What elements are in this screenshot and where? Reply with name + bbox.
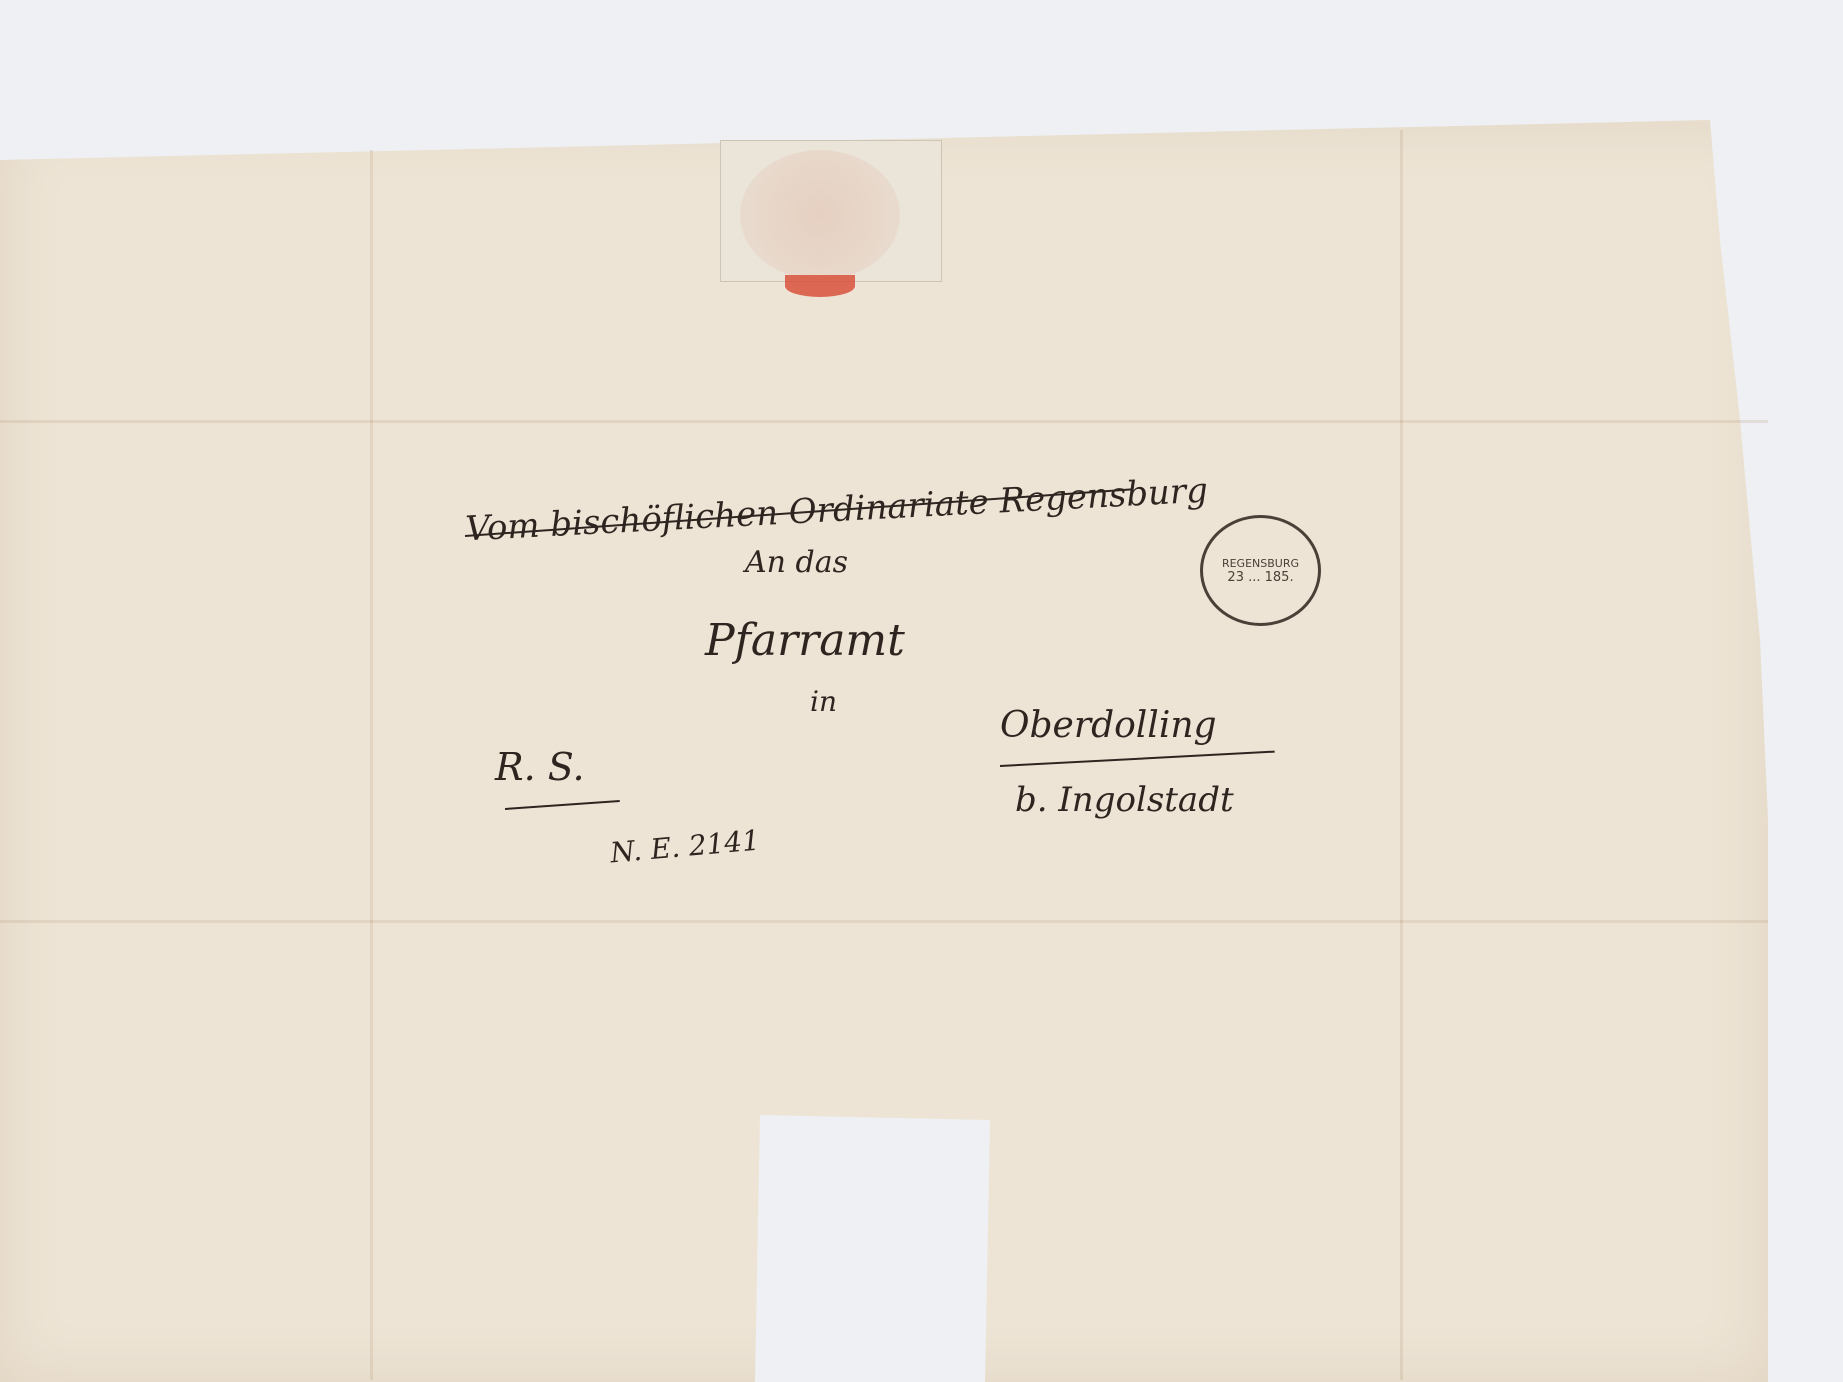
via-line: b. Ingolstadt	[1015, 780, 1234, 820]
vertical-fold	[1400, 130, 1403, 1380]
red-wax-seal	[785, 275, 855, 297]
postmark-date: 23 ... 185.	[1227, 570, 1293, 585]
postmark-town: REGENSBURG	[1222, 557, 1299, 570]
seal-impression	[740, 150, 900, 280]
vertical-fold	[370, 150, 373, 1380]
address-prefix: An das	[745, 545, 848, 580]
letter-paper	[0, 120, 1768, 1382]
horizontal-fold	[0, 420, 1768, 423]
postmark: REGENSBURG 23 ... 185.	[1200, 515, 1321, 626]
preposition: in	[810, 685, 837, 718]
recipient: Pfarramt	[705, 615, 905, 666]
destination: Oberdolling	[1000, 705, 1217, 746]
horizontal-fold	[0, 920, 1768, 923]
service-mark: R. S.	[495, 745, 585, 789]
